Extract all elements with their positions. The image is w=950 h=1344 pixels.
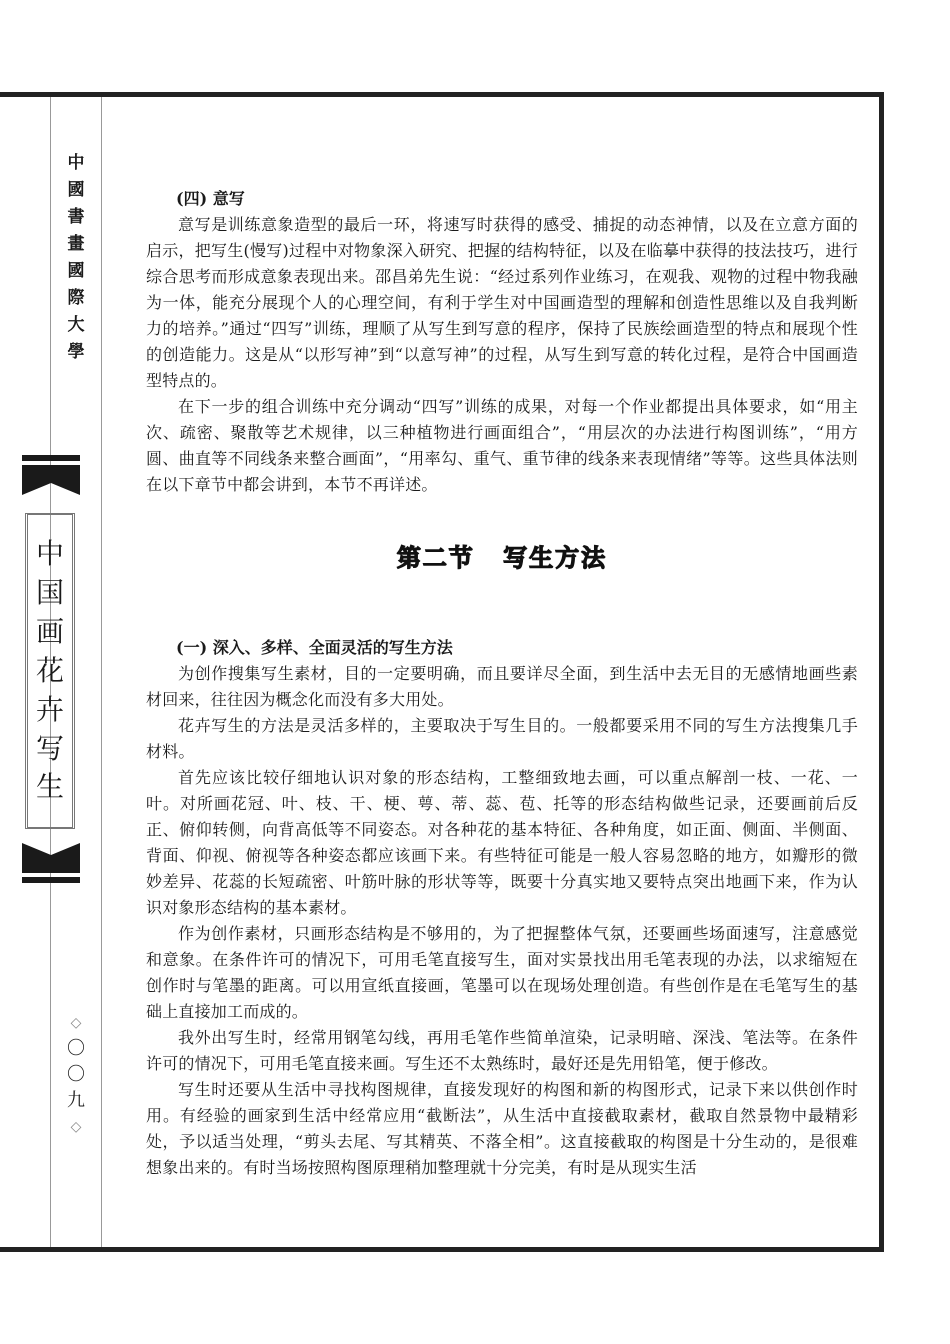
- paragraph: 作为创作素材，只画形态结构是不够用的，为了把握整体气氛，还要画些场面速写，注意感…: [146, 921, 858, 1025]
- page-digit: 九: [67, 1088, 85, 1114]
- paragraph: 为创作搜集写生素材，目的一定要明确，而且要详尽全面，到生活中去无目的无感情地画些…: [146, 661, 858, 713]
- title-char: 中: [36, 539, 64, 569]
- school-char: 國: [68, 258, 85, 285]
- school-char: 學: [68, 339, 85, 366]
- paragraph: 在下一步的组合训练中充分调动“四写”训练的成果，对每一个作业都提出具体要求，如“…: [146, 394, 858, 498]
- title-char: 写: [36, 734, 64, 764]
- diamond-icon: ◇: [71, 1010, 82, 1036]
- school-char: 書: [68, 204, 85, 231]
- page-frame-bottom: [0, 1247, 884, 1252]
- subsection-heading: (四) 意写: [146, 186, 858, 212]
- section-title: 第二节 写生方法: [146, 538, 858, 573]
- paragraph: 意写是训练意象造型的最后一环，将速写时获得的感受、捕捉的动态神情，以及在立意方面…: [146, 212, 858, 394]
- title-char: 生: [36, 772, 64, 802]
- school-char: 國: [68, 177, 85, 204]
- page-digit: 〇: [67, 1036, 85, 1062]
- banner-cap-bottom-icon: [22, 843, 80, 873]
- page-number-vertical: ◇ 〇 〇 九 ◇: [62, 1010, 90, 1140]
- title-char: 国: [36, 578, 64, 608]
- paragraph: 我外出写生时，经常用钢笔勾线，再用毛笔作些简单渲染，记录明暗、深浅、笔法等。在条…: [146, 1025, 858, 1077]
- school-char: 畫: [68, 231, 85, 258]
- banner-bar-icon: [22, 455, 80, 461]
- school-name-vertical: 中 國 書 畫 國 際 大 學: [62, 150, 90, 366]
- title-char: 花: [36, 656, 64, 686]
- school-char: 中: [68, 150, 85, 177]
- diamond-icon: ◇: [71, 1114, 82, 1140]
- banner-bar-icon: [22, 877, 80, 883]
- title-char: 卉: [36, 695, 64, 725]
- margin-rule-right: [101, 97, 102, 1247]
- page-digit: 〇: [67, 1062, 85, 1088]
- paragraph: 写生时还要从生活中寻找构图规律，直接发现好的构图和新的构图形式，记录下来以供创作…: [146, 1077, 858, 1181]
- subsection-heading: (一) 深入、多样、全面灵活的写生方法: [146, 635, 858, 661]
- book-title-banner: 中 国 画 花 卉 写 生: [22, 455, 80, 885]
- paragraph: 首先应该比较仔细地认识对象的形态结构，工整细致地去画，可以重点解剖一枝、一花、一…: [146, 765, 858, 921]
- paragraph: 花卉写生的方法是灵活多样的，主要取决于写生目的。一般都要采用不同的写生方法搜集几…: [146, 713, 858, 765]
- page-body: (四) 意写 意写是训练意象造型的最后一环，将速写时获得的感受、捕捉的动态神情，…: [146, 186, 858, 1181]
- title-char: 画: [36, 617, 64, 647]
- book-title-vertical: 中 国 画 花 卉 写 生: [25, 513, 75, 829]
- banner-cap-top-icon: [22, 465, 80, 495]
- school-char: 大: [68, 312, 85, 339]
- page-frame-top: [0, 92, 884, 97]
- school-char: 際: [68, 285, 85, 312]
- page-frame-right: [879, 92, 884, 1252]
